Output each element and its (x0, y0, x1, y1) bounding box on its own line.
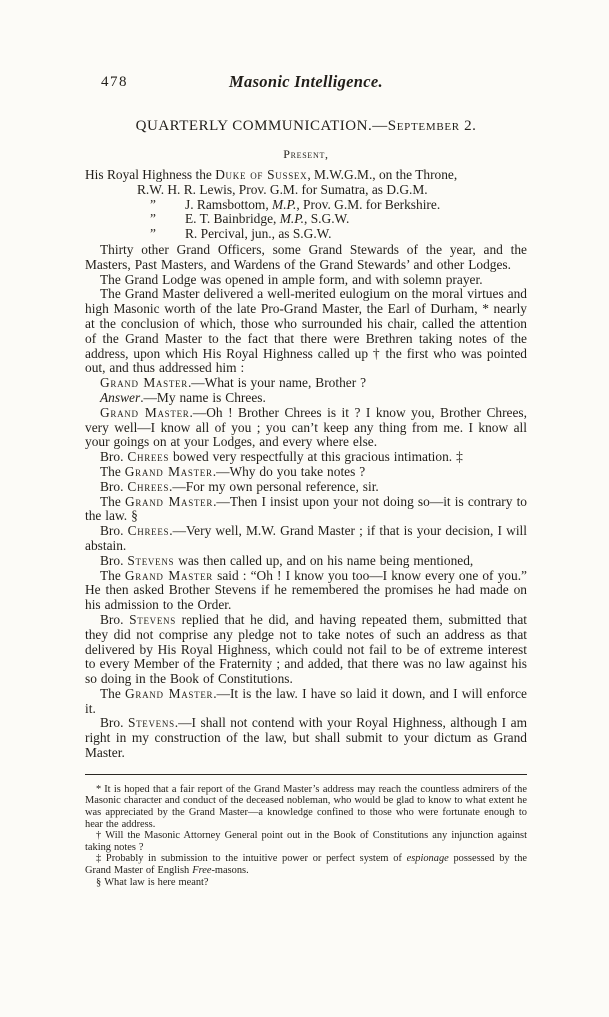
ditto-mark: ” (150, 212, 185, 227)
small-caps-text: Grand Master (125, 686, 213, 701)
italic-text: Free (192, 865, 211, 876)
present-label: Present, (85, 147, 527, 162)
paragraph: Bro. Chrees.—Very well, M.W. Grand Maste… (85, 524, 527, 554)
ditto-mark: ” (150, 198, 185, 213)
italic-text: Answer (100, 390, 140, 405)
small-caps-text: Grand Master (125, 464, 213, 479)
running-title: Masonic Intelligence. (85, 72, 527, 92)
paragraph: Bro. Stevens replied that he did, and ha… (85, 613, 527, 687)
paragraph: The Grand Master.—Then I insist upon you… (85, 495, 527, 525)
section-heading: QUARTERLY COMMUNICATION.—September 2. (85, 118, 527, 135)
small-caps-text: Present, (283, 147, 329, 161)
present-line: ”E. T. Bainbridge, M.P., S.G.W. (85, 212, 527, 227)
present-line: ”R. Percival, jun., as S.G.W. (85, 227, 527, 242)
present-line: ”J. Ramsbottom, M.P., Prov. G.M. for Ber… (85, 198, 527, 213)
scanned-page: 478 Masonic Intelligence. QUARTERLY COMM… (0, 0, 609, 1017)
paragraph: Bro. Stevens.—I shall not contend with y… (85, 716, 527, 760)
italic-text: espionage (407, 853, 449, 864)
present-list: His Royal Highness the Duke of Sussex, M… (85, 168, 527, 242)
small-caps-text: Stevens (129, 612, 176, 627)
present-line: His Royal Highness the Duke of Sussex, M… (85, 168, 527, 183)
paragraph: The Grand Lodge was opened in ample form… (85, 273, 527, 288)
small-caps-text: Stevens (127, 553, 174, 568)
small-caps-text: Chrees (127, 449, 169, 464)
paragraph: Bro. Chrees bowed very respectfully at t… (85, 450, 527, 465)
footnote-marker: § (96, 877, 104, 888)
paragraph: The Grand Master delivered a well-merite… (85, 287, 527, 376)
small-caps-text: September (388, 118, 460, 134)
small-caps-text: Grand Master (100, 375, 188, 390)
paragraph: Grand Master.—Oh ! Brother Chrees is it … (85, 406, 527, 450)
present-line: R.W. H. R. Lewis, Prov. G.M. for Sumatra… (85, 183, 527, 198)
small-caps-text: Grand Master (125, 494, 213, 509)
page-header: 478 Masonic Intelligence. (85, 72, 527, 94)
body-paragraphs: Thirty other Grand Officers, some Grand … (85, 243, 527, 761)
paragraph: The Grand Master.—It is the law. I have … (85, 687, 527, 717)
small-caps-text: Chrees (128, 523, 170, 538)
paragraph: Answer.—My name is Chrees. (85, 391, 527, 406)
footnote-marker: * (96, 784, 104, 795)
small-caps-text: Grand Master (100, 405, 189, 420)
small-caps-text: Duke of Sussex (215, 167, 307, 182)
italic-text: M.P. (280, 211, 304, 226)
footnote-marker: ‡ (96, 853, 106, 864)
paragraph: The Grand Master said : “Oh ! I know you… (85, 569, 527, 613)
footnote: *It is hoped that a fair report of the G… (85, 784, 527, 830)
footnote: §What law is here meant? (85, 877, 527, 889)
small-caps-text: Grand Master (125, 568, 213, 583)
small-caps-text: Chrees (127, 479, 169, 494)
paragraph: Bro. Stevens was then called up, and on … (85, 554, 527, 569)
small-caps-text: Stevens (128, 715, 175, 730)
italic-text: M.P. (272, 197, 296, 212)
footnote-marker: † (96, 830, 105, 841)
footnote: †Will the Masonic Attorney General point… (85, 830, 527, 853)
paragraph: The Grand Master.—Why do you take notes … (85, 465, 527, 480)
paragraph: Grand Master.—What is your name, Brother… (85, 376, 527, 391)
ditto-mark: ” (150, 227, 185, 242)
footnote: ‡Probably in submission to the intuitive… (85, 853, 527, 876)
footnotes: *It is hoped that a fair report of the G… (85, 784, 527, 888)
paragraph: Thirty other Grand Officers, some Grand … (85, 243, 527, 273)
paragraph: Bro. Chrees.—For my own personal referen… (85, 480, 527, 495)
footnote-divider (85, 774, 527, 775)
